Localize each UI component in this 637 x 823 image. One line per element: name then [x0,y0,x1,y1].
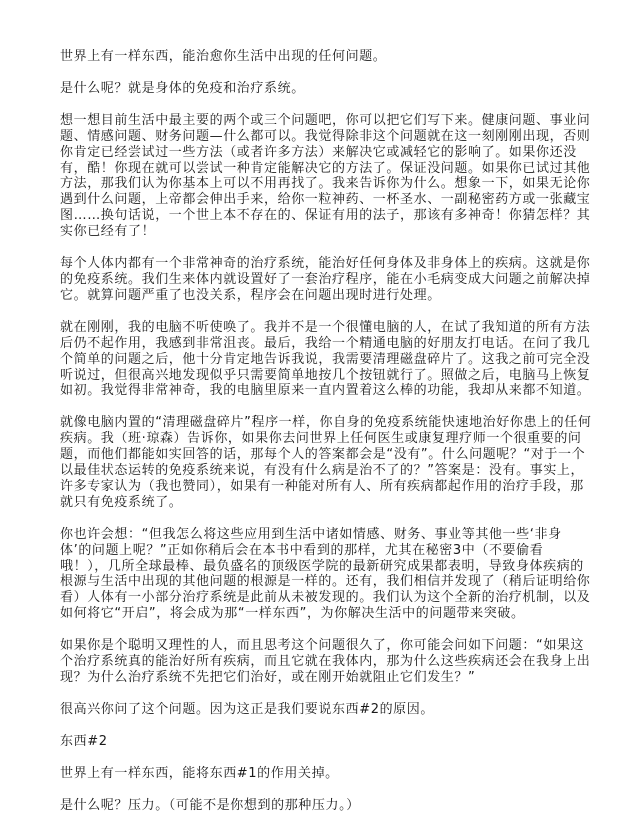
text-line: 它。就算问题严重了也没关系，程序会在问题出现时进行处理。 [60,288,580,304]
paragraph-smart-question: 如果你是个聪明又理性的人，而且思考这个问题很久了，你可能会问如下问题：“如果这 … [60,638,580,686]
text-line: 是什么呢？压力。（可能不是你想到的那种压力。） [60,798,580,814]
text-line: 世界上有一样东西，能将东西#1的作用关掉。 [60,766,580,782]
text-line: 如何将它“开启”，将会成为那“一样东西”，为你解决生活中的问题带来突破。 [60,606,580,622]
text-line: 个简单的问题之后，他十分肯定地告诉我说，我需要清理磁盘碎片了。这我之前可完全没 [60,352,580,368]
paragraph-defrag-analogy: 就像电脑内置的“清理磁盘碎片”程序一样，你自身的免疫系统能快速地治好你患上的任何… [60,415,580,510]
text-line: 世界上有一样东西，能治愈你生活中出现的任何问题。 [60,49,580,65]
paragraph-computer-story: 就在刚刚，我的电脑不听使唤了。我并不是一个很懂电脑的人，在试了我知道的所有方法 … [60,320,580,400]
text-line: 如初。我觉得非常神奇，我的电脑里原来一直内置着这么棒的功能，我却从来都不知道。 [60,383,580,399]
text-line: 实你已经有了！ [60,224,580,240]
text-line: 的免疫系统。我们生来体内就设置好了一套治疗程序，能在小毛病变成大问题之前解决掉 [60,272,580,288]
text-line: 根源与生活中出现的其他问题的根源是一样的。还有，我们相信并发现了（稍后证明给你 [60,574,580,590]
paragraph-thing-2-intro: 世界上有一样东西，能将东西#1的作用关掉。 [60,766,580,782]
text-line: 如果你是个聪明又理性的人，而且思考这个问题很久了，你可能会问如下问题：“如果这 [60,638,580,654]
text-line: 想一想目前生活中最主要的两个或三个问题吧，你可以把它们写下来。健康问题、事业问 [60,113,580,129]
text-line: 疾病。我（班·琼森）告诉你，如果你去问世界上任何医生或康复理疗师一个很重要的问 [60,431,580,447]
text-line: 每个人体内都有一个非常神奇的治疗系统，能治好任何身体及非身体上的疾病。这就是你 [60,256,580,272]
text-line: 看）人体有一小部分治疗系统是此前从未被发现的。我们认为这个全新的治疗机制，以及 [60,590,580,606]
text-line: 就只有免疫系统了。 [60,495,580,511]
text-line: 图……换句话说，一个世上本不存在的、保证有用的法子，那该有多神奇！你猜怎样？其 [60,208,580,224]
text-line: 你肯定已经尝试过一些方法（或者许多方法）来解决它或减轻它的影响了。如果你还没 [60,145,580,161]
text-line: 听说过，但很高兴地发现似乎只需要简单地按几个按钮就行了。照做之后，电脑马上恢复 [60,368,580,384]
text-line: 遇到什么问题，上帝都会伸出手来，给你一粒神药、一杯圣水、一副秘密药方或一张藏宝 [60,192,580,208]
paragraph-non-physical: 你也许会想：“但我怎么将这些应用到生活中诸如情感、财务、事业等其他一些‘非身 体… [60,527,580,622]
text-line: 以最佳状态运转的免疫系统来说，有没有什么病是治不了的？”答案是：没有。事实上， [60,463,580,479]
text-line: 体’的问题上呢？”正如你稍后会在本书中看到的那样，尤其在秘密3中（不要偷看 [60,543,580,559]
text-line: 现？为什么治疗系统不先把它们治好，或在刚开始就阻止它们发生？” [60,670,580,686]
document-page: 世界上有一样东西，能治愈你生活中出现的任何问题。 是什么呢？就是身体的免疫和治疗… [60,49,580,823]
text-line: 题，而他们都能如实回答的话，那每个人的答案都会是“没有”。什么问题呢？“对于一个 [60,447,580,463]
text-line: 是什么呢？就是身体的免疫和治疗系统。 [60,81,580,97]
text-line: 有，酷！你现在就可以尝试一种肯定能解决它的方法了。保证没问题。如果你已试过其他 [60,161,580,177]
heading-text: 东西#2 [60,734,580,750]
text-line: 许多专家认为（我也赞同），如果有一种能对所有人、所有疾病都起作用的治疗手段，那 [60,479,580,495]
text-line: 很高兴你问了这个问题。因为这正是我们要说东西#2的原因。 [60,702,580,718]
text-line: 方法，那我们认为你基本上可以不用再找了。我来告诉你为什么。想象一下，如果无论你 [60,176,580,192]
text-line: 题、情感问题、财务问题—什么都可以。我觉得除非这个问题就在这一刻刚刚出现，否则 [60,129,580,145]
text-line: 就像电脑内置的“清理磁盘碎片”程序一样，你自身的免疫系统能快速地治好你患上的任何 [60,415,580,431]
paragraph-intro: 世界上有一样东西，能治愈你生活中出现的任何问题。 [60,49,580,65]
paragraph-question: 是什么呢？就是身体的免疫和治疗系统。 [60,81,580,97]
text-line: 哦！），几所全球最棒、最负盛名的顶级医学院的最新研究成果都表明，导致身体疾病的 [60,559,580,575]
paragraph-transition: 很高兴你问了这个问题。因为这正是我们要说东西#2的原因。 [60,702,580,718]
paragraph-stress: 是什么呢？压力。（可能不是你想到的那种压力。） [60,798,580,814]
text-line: 后仍不起作用，我感到非常沮丧。最后，我给一个精通电脑的好朋友打电话。在问了我几 [60,336,580,352]
paragraph-immune-system: 每个人体内都有一个非常神奇的治疗系统，能治好任何身体及非身体上的疾病。这就是你 … [60,256,580,304]
text-line: 就在刚刚，我的电脑不听使唤了。我并不是一个很懂电脑的人，在试了我知道的所有方法 [60,320,580,336]
text-line: 个治疗系统真的能治好所有疾病，而且它就在我体内，那为什么这些疾病还会在我身上出 [60,654,580,670]
section-heading-thing-2: 东西#2 [60,734,580,750]
paragraph-problems: 想一想目前生活中最主要的两个或三个问题吧，你可以把它们写下来。健康问题、事业问 … [60,113,580,240]
text-line: 你也许会想：“但我怎么将这些应用到生活中诸如情感、财务、事业等其他一些‘非身 [60,527,580,543]
